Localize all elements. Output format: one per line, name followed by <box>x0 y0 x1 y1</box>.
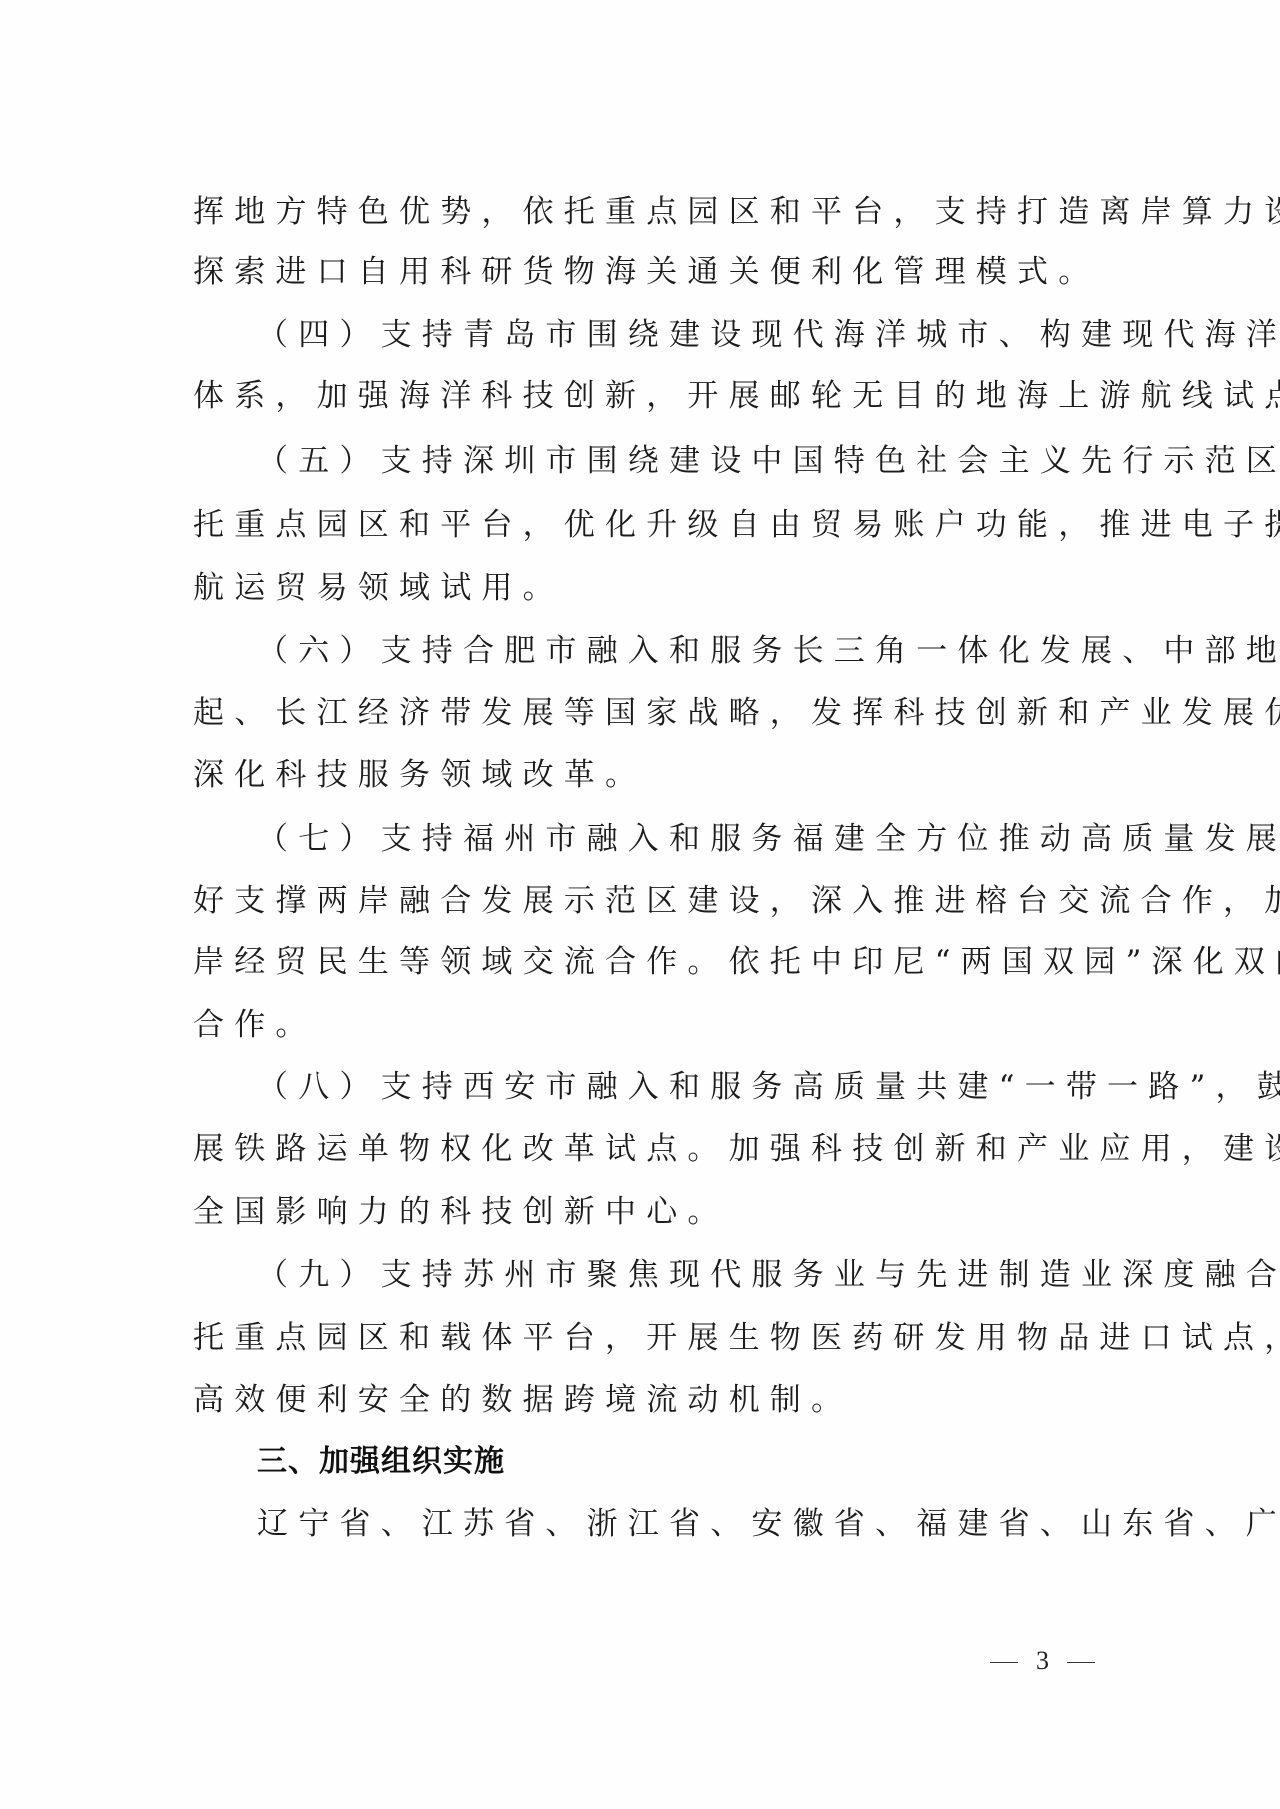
paragraph-4-start: （四）支持青岛市围绕建设现代海洋城市、构建现代海洋产业 <box>257 313 1217 357</box>
dash-right <box>1067 1662 1095 1663</box>
section-heading: 三、加强组织实施 <box>257 1440 505 1484</box>
text-line: 岸经贸民生等领域交流合作。依托中印尼“两国双园”深化双向 <box>193 940 1153 984</box>
text-line: 深化科技服务领域改革。 <box>193 753 1153 797</box>
document-page: 挥地方特色优势，依托重点园区和平台，支持打造离岸算力设施， 探索进口自用科研货物… <box>0 0 1280 1809</box>
text-line: 托重点园区和载体平台，开展生物医药研发用物品进口试点，探索 <box>193 1316 1153 1360</box>
text-line: 航运贸易领域试用。 <box>193 566 1153 610</box>
text-line: 展铁路运单物权化改革试点。加强科技创新和产业应用，建设具有 <box>193 1127 1153 1171</box>
page-number: 3 <box>990 1643 1095 1679</box>
paragraph-7-start: （七）支持福州市融入和服务福建全方位推动高质量发展，更 <box>257 817 1217 861</box>
text-line: 探索进口自用科研货物海关通关便利化管理模式。 <box>193 250 1153 294</box>
paragraph-9-start: （九）支持苏州市聚焦现代服务业与先进制造业深度融合，依 <box>257 1253 1217 1297</box>
text-line: 托重点园区和平台，优化升级自由贸易账户功能，推进电子提单在 <box>193 503 1153 547</box>
text-line: 高效便利安全的数据跨境流动机制。 <box>193 1378 1153 1422</box>
dash-left <box>990 1662 1018 1663</box>
text-line: 体系，加强海洋科技创新，开展邮轮无目的地海上游航线试点。 <box>193 374 1153 418</box>
text-line: 好支撑两岸融合发展示范区建设，深入推进榕台交流合作，加强两 <box>193 879 1153 923</box>
text-line: 全国影响力的科技创新中心。 <box>193 1190 1153 1234</box>
page-number-value: 3 <box>1036 1643 1049 1679</box>
text-line: 合作。 <box>193 1003 1153 1047</box>
text-line: 辽宁省、江苏省、浙江省、安徽省、福建省、山东省、广东省、陕 <box>257 1502 1217 1546</box>
paragraph-8-start: （八）支持西安市融入和服务高质量共建“一带一路”，鼓励开 <box>257 1065 1217 1109</box>
paragraph-6-start: （六）支持合肥市融入和服务长三角一体化发展、中部地区崛 <box>257 629 1217 673</box>
text-line: 挥地方特色优势，依托重点园区和平台，支持打造离岸算力设施， <box>193 190 1153 234</box>
text-line: 起、长江经济带发展等国家战略，发挥科技创新和产业发展优势， <box>193 691 1153 735</box>
paragraph-5-start: （五）支持深圳市围绕建设中国特色社会主义先行示范区，依 <box>257 439 1217 483</box>
